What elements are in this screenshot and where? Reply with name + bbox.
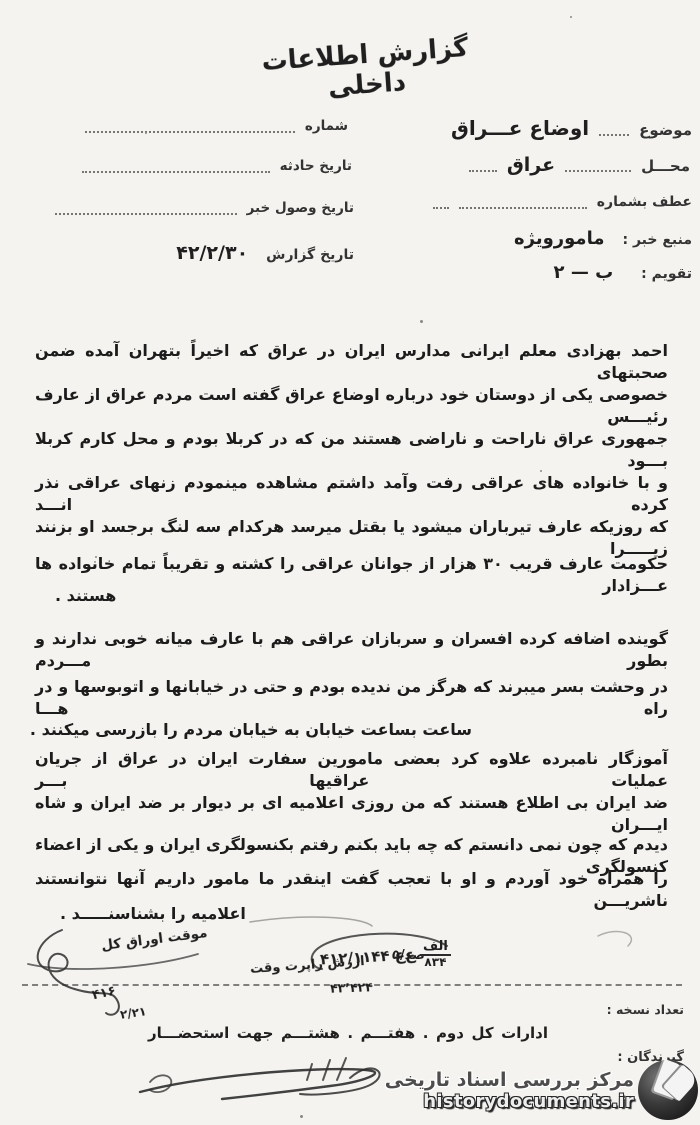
alef-mark: الف — [420, 940, 451, 956]
body-line: در وحشت بسر میبرند که هرگز من ندیده بودم… — [35, 676, 668, 720]
body-line: احمد بهزادی معلم ایرانی مدارس ایران در ع… — [35, 340, 668, 384]
watermark-title: مرکز بررسی اسناد تاریخی — [385, 1069, 634, 1091]
incident-date-label: تاریخ حادثه — [280, 158, 352, 174]
dotted-leader — [459, 194, 587, 209]
field-calendar: تقویم : ب — ۲ — [554, 262, 692, 283]
body-line: اعلامیه را بشناسنـــــد . — [60, 904, 246, 923]
watermark-text-block: مرکز بررسی اسناد تاریخی historydocuments… — [385, 1069, 634, 1112]
field-receipt-date: تاریخ وصول خبر — [55, 200, 354, 219]
calendar-label: تقویم : — [641, 266, 692, 282]
dotted-leader — [469, 157, 497, 172]
field-reference: عطف بشماره — [433, 194, 692, 213]
body-line: آموزگار نامبرده علاوه کرد بعضی مامورین س… — [35, 748, 668, 792]
tail-flourish-scribble — [250, 917, 372, 926]
field-number: شماره — [85, 118, 348, 137]
faint-mark-scribble — [598, 931, 631, 946]
report-date-label: تاریخ گزارش — [266, 247, 354, 263]
field-report-date: تاریخ گزارش ۴۲/۲/۳۰ — [176, 242, 354, 264]
page-title: گزارش اطلاعات داخلی — [230, 31, 502, 110]
body-line: ضد ایران بی اطلاع هستند که من روزی اعلام… — [35, 792, 668, 836]
body-line: هستند . — [55, 586, 116, 605]
body-line: و با خانواده های عراقی رفت وآمد داشتم مش… — [35, 472, 668, 516]
reference-label: عطف بشماره — [597, 194, 692, 210]
subject-label: موضوع — [639, 121, 692, 139]
handwritten-left-date: ۲/۲۱ — [119, 1004, 147, 1022]
location-label: محـــل — [641, 157, 690, 175]
alef-number: ۸۳۴ — [424, 956, 446, 968]
signature-scribble — [300, 1068, 380, 1094]
calendar-value: ب — ۲ — [554, 262, 614, 283]
archive-watermark: مرکز بررسی اسناد تاریخی historydocuments… — [385, 1060, 698, 1120]
location-value: عراق — [507, 154, 555, 176]
dotted-leader — [82, 158, 270, 173]
body-line: جمهوری عراق ناراحت و ناراضی هستند من که … — [35, 428, 668, 472]
field-source: منبع خبر : مامورویژه — [514, 228, 692, 249]
distribution-line: ادارات کل دوم . هفتـــم . هشتـــم جهت اس… — [148, 1024, 548, 1042]
scanned-report-page: گزارش اطلاعات داخلی موضوع اوضاع عـــراق … — [0, 0, 700, 1125]
signature-scribble — [307, 1058, 346, 1080]
body-line: خصوصی یکی از دوستان خود درباره اوضاع عرا… — [35, 384, 668, 428]
copies-label: تعداد نسخه : — [607, 1002, 684, 1017]
dotted-leader — [85, 118, 295, 133]
handwritten-lower-number: ۴۳٬۴۲۴ — [330, 979, 373, 995]
body-line: حکومت عارف قریب ۳۰ هزار از جوانان عراقی … — [35, 553, 668, 597]
body-line: گوینده اضافه کرده افسران و سربازان عراقی… — [35, 628, 668, 672]
signature-scribble — [150, 1075, 171, 1092]
number-label: شماره — [305, 118, 348, 134]
dotted-leader — [599, 121, 629, 136]
field-location: محـــل عراق — [469, 154, 690, 176]
report-date-value: ۴۲/۲/۳۰ — [176, 242, 248, 264]
subject-value: اوضاع عـــراق — [451, 116, 589, 140]
field-subject: موضوع اوضاع عـــراق — [451, 116, 692, 140]
handwritten-left-number: ۴۱۶ — [91, 984, 117, 1004]
handwritten-left-stamp: موقت اوراق کل — [28, 925, 209, 963]
dotted-leader — [55, 200, 237, 215]
signature-scribble — [140, 1069, 375, 1099]
source-value: مامورویژه — [514, 228, 604, 249]
receipt-date-label: تاریخ وصول خبر — [247, 200, 354, 216]
handwritten-alef-fraction: الف ۸۳۴ — [420, 940, 451, 968]
archive-logo-icon — [638, 1060, 698, 1120]
body-line: ساعت بساعت خیابان به خیابان مردم را بازر… — [30, 720, 472, 739]
dotted-leader — [433, 194, 449, 209]
watermark-url: historydocuments.ir — [423, 1091, 634, 1112]
dotted-leader — [565, 157, 631, 172]
source-label: منبع خبر : — [622, 232, 692, 248]
field-incident-date: تاریخ حادثه — [82, 158, 352, 177]
